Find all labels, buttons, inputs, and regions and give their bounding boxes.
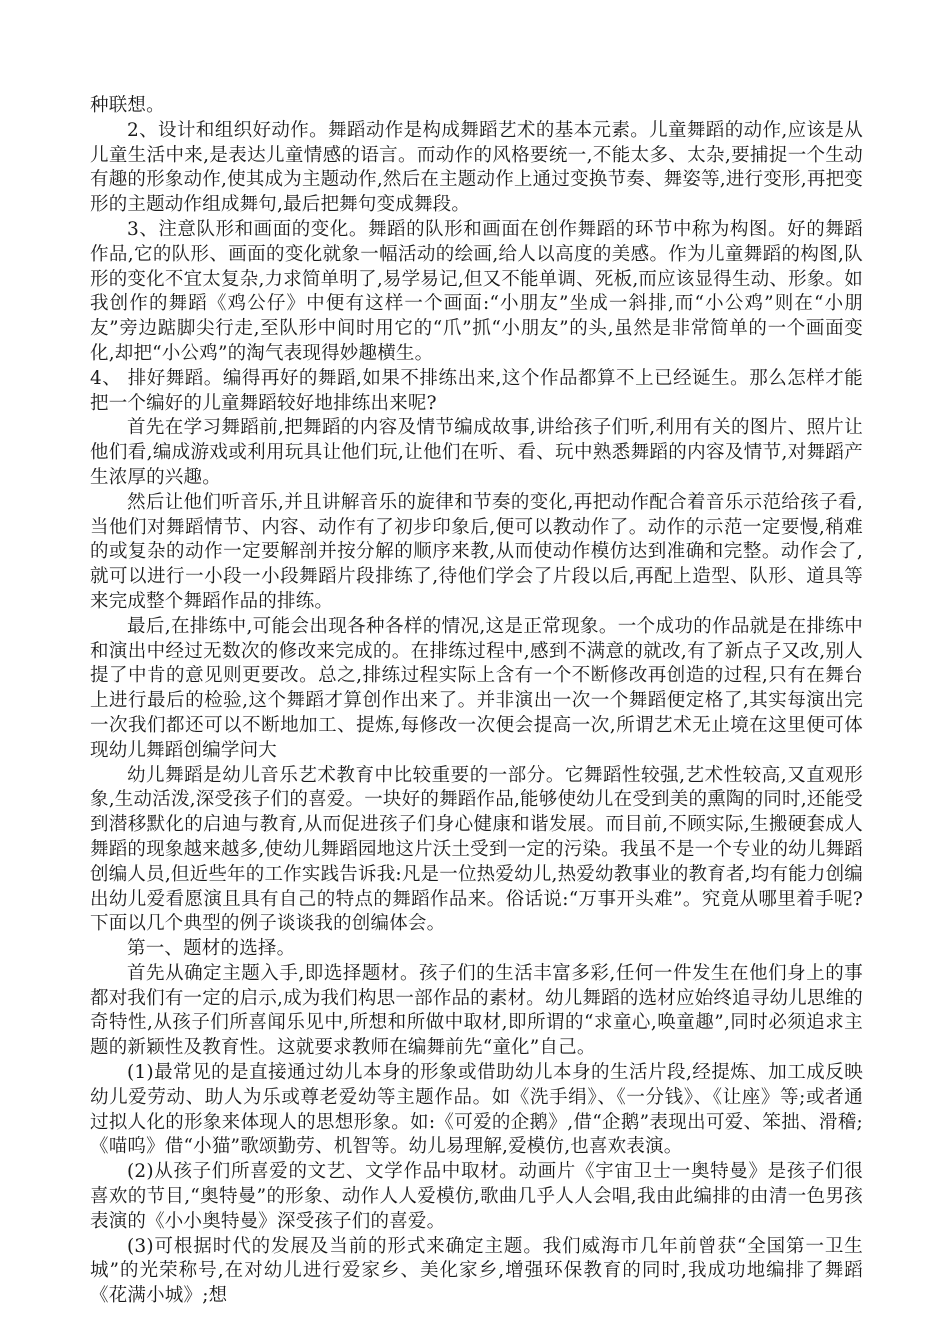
paragraph-topic-item-3: (3)可根据时代的发展及当前的形式来确定主题。我们威海市几年前曾获“全国第一卫生… <box>90 1235 863 1309</box>
paragraph-point-4: 4、 排好舞蹈。编得再好的舞蹈,如果不排练出来,这个作品都算不上已经诞生。那么怎… <box>90 367 863 417</box>
paragraph-topic-intro: 首先从确定主题入手,即选择题材。孩子们的生活丰富多彩,任何一件发生在他们身上的事… <box>90 962 863 1061</box>
paragraph-intro-preschool-dance: 幼儿舞蹈是幼儿音乐艺术教育中比较重要的一部分。它舞蹈性较强,艺术性较高,又直观形… <box>90 764 863 938</box>
heading-first-topic: 第一、题材的选择。 <box>90 937 863 962</box>
paragraph-rehearse-then: 然后让他们听音乐,并且讲解音乐的旋律和节奏的变化,再把动作配合着音乐示范给孩子看… <box>90 491 863 615</box>
document-page: 种联想。 2、设计和组织好动作。舞蹈动作是构成舞蹈艺术的基本元素。儿童舞蹈的动作… <box>0 0 950 1344</box>
paragraph-rehearse-first: 首先在学习舞蹈前,把舞蹈的内容及情节编成故事,讲给孩子们听,利用有关的图片、照片… <box>90 416 863 490</box>
document-text-block: 种联想。 2、设计和组织好动作。舞蹈动作是构成舞蹈艺术的基本元素。儿童舞蹈的动作… <box>90 94 863 1309</box>
paragraph-rehearse-last: 最后,在排练中,可能会出现各种各样的情况,这是正常现象。一个成功的作品就是在排练… <box>90 615 863 764</box>
paragraph-topic-item-1: (1)最常见的是直接通过幼儿本身的形象或借助幼儿本身的生活片段,经提炼、加工成反… <box>90 1061 863 1160</box>
paragraph-continuation-tail: 种联想。 <box>90 94 863 119</box>
paragraph-topic-item-2: (2)从孩子们所喜爱的文艺、文学作品中取材。动画片《宇宙卫士一奥特曼》是孩子们很… <box>90 1160 863 1234</box>
paragraph-point-3: 3、注意队形和画面的变化。舞蹈的队形和画面在创作舞蹈的环节中称为构图。好的舞蹈作… <box>90 218 863 367</box>
paragraph-point-2: 2、设计和组织好动作。舞蹈动作是构成舞蹈艺术的基本元素。儿童舞蹈的动作,应该是从… <box>90 119 863 218</box>
